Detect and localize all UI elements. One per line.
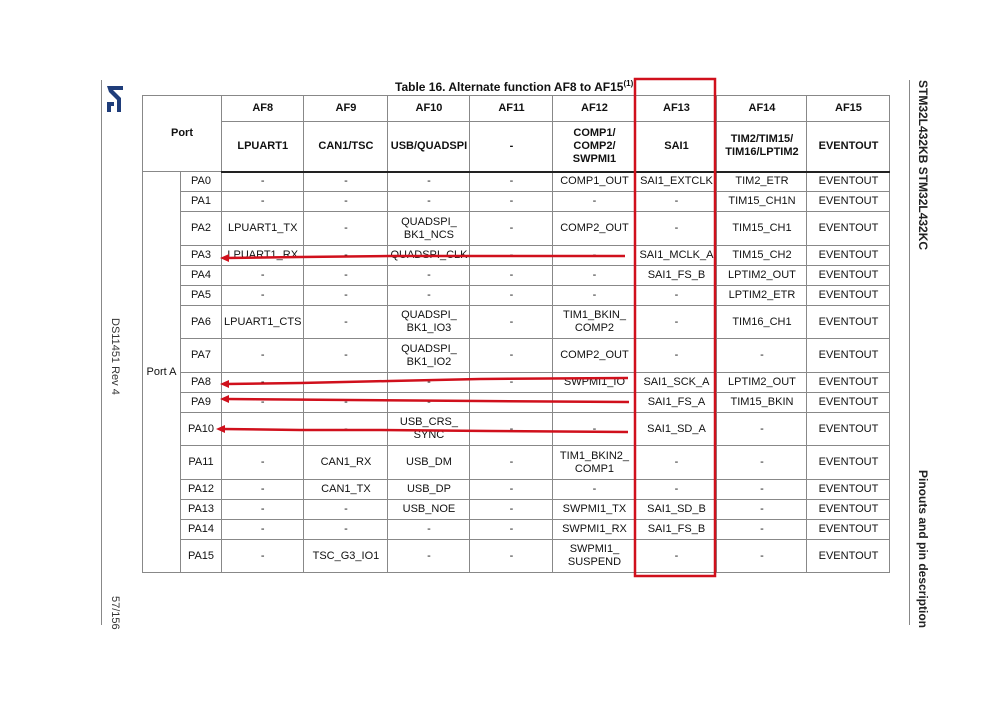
af-group-header-7: EVENTOUT [807,122,890,172]
af-cell: - [717,500,807,520]
pin-name: PA9 [181,393,222,413]
pin-name: PA2 [181,212,222,246]
table-row: PA13--USB_NOE-SWPMI1_TXSAI1_SD_B-EVENTOU… [143,500,890,520]
af-cell: - [304,339,388,373]
af-header-4: AF12 [553,96,636,122]
af-cell: - [388,520,470,540]
table-row: PA1------TIM15_CH1NEVENTOUT [143,192,890,212]
af-group-header-1: CAN1/TSC [304,122,388,172]
af-cell: - [717,446,807,480]
af-cell: - [553,413,636,446]
af-cell: - [304,286,388,306]
af-cell: SWPMI1_SUSPEND [553,540,636,573]
af-group-header-3: - [470,122,553,172]
pin-name: PA4 [181,266,222,286]
port-header: Port [143,96,222,172]
af-cell: LPUART1_RX [222,246,304,266]
left-margin-rule [101,80,102,625]
af-cell: EVENTOUT [807,266,890,286]
af-cell: - [388,192,470,212]
st-logo-icon [104,84,126,114]
af-group-header-4: COMP1/COMP2/SWPMI1 [553,122,636,172]
af-cell: LPTIM2_OUT [717,373,807,393]
af-cell: - [470,246,553,266]
af-cell: LPUART1_CTS [222,306,304,339]
af-cell: COMP2_OUT [553,212,636,246]
af-cell: - [222,373,304,393]
pin-name: PA7 [181,339,222,373]
pin-name: PA5 [181,286,222,306]
af-cell: - [388,172,470,192]
table-row: PA5------LPTIM2_ETREVENTOUT [143,286,890,306]
af-cell: CAN1_TX [304,480,388,500]
af-cell: - [470,172,553,192]
table-row: Port APA0----COMP1_OUTSAI1_EXTCLKTIM2_ET… [143,172,890,192]
af-cell: SAI1_MCLK_A [636,246,717,266]
table-row: PA8----SWPMI1_IOSAI1_SCK_ALPTIM2_OUTEVEN… [143,373,890,393]
pin-name: PA14 [181,520,222,540]
af-cell: - [553,393,636,413]
af-cell: SAI1_EXTCLK [636,172,717,192]
af-cell: TIM1_BKIN2_COMP1 [553,446,636,480]
af-cell: - [636,540,717,573]
af-cell: - [304,246,388,266]
af-cell: EVENTOUT [807,172,890,192]
af-cell: - [304,413,388,446]
table-row: PA9-----SAI1_FS_ATIM15_BKINEVENTOUT [143,393,890,413]
table-row: PA10--USB_CRS_SYNC--SAI1_SD_A-EVENTOUT [143,413,890,446]
af-cell: - [304,172,388,192]
af-cell: - [636,446,717,480]
af-cell: - [304,500,388,520]
table-row: PA3LPUART1_RX-QUADSPI_CLK--SAI1_MCLK_ATI… [143,246,890,266]
af-cell: TIM2_ETR [717,172,807,192]
page-number: 57/156 [109,596,121,630]
af-cell: - [388,540,470,573]
af-header-7: AF15 [807,96,890,122]
af-cell: - [222,192,304,212]
af-cell: - [388,266,470,286]
af-cell: - [304,266,388,286]
table-title: Table 16. Alternate function AF8 to AF15… [395,79,633,94]
af-cell: EVENTOUT [807,393,890,413]
af-cell: TIM15_CH1 [717,212,807,246]
af-cell: EVENTOUT [807,373,890,393]
af-header-0: AF8 [222,96,304,122]
af-cell: SAI1_SCK_A [636,373,717,393]
af-header-1: AF9 [304,96,388,122]
table-row: PA7--QUADSPI_BK1_IO2-COMP2_OUT--EVENTOUT [143,339,890,373]
datasheet-page: DS11451 Rev 4 57/156 STM32L432KB STM32L4… [0,0,999,706]
af-cell: LPUART1_TX [222,212,304,246]
af-cell: - [470,339,553,373]
pin-name: PA0 [181,172,222,192]
pin-name: PA12 [181,480,222,500]
af-cell: - [222,520,304,540]
af-cell: - [717,520,807,540]
af-cell: - [222,339,304,373]
af-cell: TIM16_CH1 [717,306,807,339]
af-cell: - [717,540,807,573]
af-cell: - [553,480,636,500]
af-cell: - [553,266,636,286]
table-row: PA14----SWPMI1_RXSAI1_FS_B-EVENTOUT [143,520,890,540]
alternate-function-table: Port AF8AF9AF10AF11AF12AF13AF14AF15 LPUA… [142,95,890,573]
af-cell: - [304,192,388,212]
af-cell: - [717,413,807,446]
af-cell: USB_NOE [388,500,470,520]
pin-name: PA15 [181,540,222,573]
af-cell: QUADSPI_BK1_IO3 [388,306,470,339]
pin-name: PA1 [181,192,222,212]
af-group-header-6: TIM2/TIM15/TIM16/LPTIM2 [717,122,807,172]
af-cell: - [222,413,304,446]
af-cell: - [470,393,553,413]
af-cell: TIM1_BKIN_COMP2 [553,306,636,339]
af-cell: SAI1_FS_B [636,266,717,286]
af-cell: - [717,480,807,500]
af-cell: - [470,306,553,339]
af-cell: - [222,393,304,413]
table-footnote-ref: (1) [623,79,633,88]
af-cell: - [470,480,553,500]
af-cell: - [304,212,388,246]
af-cell: USB_DM [388,446,470,480]
af-cell: USB_DP [388,480,470,500]
af-cell: - [222,500,304,520]
af-cell: COMP1_OUT [553,172,636,192]
af-cell: - [470,540,553,573]
af-cell: - [470,500,553,520]
af-cell: EVENTOUT [807,500,890,520]
af-cell: SAI1_FS_B [636,520,717,540]
af-cell: - [388,393,470,413]
af-cell: EVENTOUT [807,413,890,446]
af-cell: EVENTOUT [807,212,890,246]
af-cell: - [470,520,553,540]
af-cell: EVENTOUT [807,339,890,373]
af-cell: TIM15_CH1N [717,192,807,212]
af-cell: - [470,446,553,480]
af-group-header-2: USB/QUADSPI [388,122,470,172]
af-cell: - [470,373,553,393]
af-cell: - [304,520,388,540]
af-cell: - [717,339,807,373]
af-cell: - [388,373,470,393]
table-row: PA6LPUART1_CTS-QUADSPI_BK1_IO3-TIM1_BKIN… [143,306,890,339]
pin-name: PA3 [181,246,222,266]
af-cell: - [304,373,388,393]
af-cell: - [553,192,636,212]
af-cell: - [222,446,304,480]
af-cell: - [304,393,388,413]
pin-name: PA10 [181,413,222,446]
af-header-3: AF11 [470,96,553,122]
document-id: DS11451 Rev 4 [109,318,121,395]
af-cell: COMP2_OUT [553,339,636,373]
af-cell: - [470,413,553,446]
af-cell: QUADSPI_BK1_IO2 [388,339,470,373]
af-group-header-0: LPUART1 [222,122,304,172]
table-row: PA12-CAN1_TXUSB_DP----EVENTOUT [143,480,890,500]
pin-name: PA11 [181,446,222,480]
section-title: Pinouts and pin description [916,470,930,628]
af-cell: - [636,212,717,246]
af-cell: TIM15_BKIN [717,393,807,413]
table-row: PA11-CAN1_RXUSB_DM-TIM1_BKIN2_COMP1--EVE… [143,446,890,480]
af-cell: - [470,266,553,286]
product-header: STM32L432KB STM32L432KC [916,80,930,250]
af-cell: - [222,540,304,573]
af-cell: - [222,266,304,286]
af-cell: LPTIM2_OUT [717,266,807,286]
af-cell: - [222,172,304,192]
af-cell: SAI1_SD_A [636,413,717,446]
af-cell: QUADSPI_BK1_NCS [388,212,470,246]
af-cell: SWPMI1_TX [553,500,636,520]
af-cell: - [304,306,388,339]
af-cell: SAI1_FS_A [636,393,717,413]
pin-name: PA6 [181,306,222,339]
table-row: PA15-TSC_G3_IO1--SWPMI1_SUSPEND--EVENTOU… [143,540,890,573]
af-cell: SAI1_SD_B [636,500,717,520]
af-header-2: AF10 [388,96,470,122]
af-cell: - [636,480,717,500]
af-cell: - [636,306,717,339]
af-cell: - [222,480,304,500]
af-cell: QUADSPI_CLK [388,246,470,266]
af-cell: EVENTOUT [807,520,890,540]
af-cell: EVENTOUT [807,306,890,339]
af-cell: - [553,246,636,266]
af-cell: - [636,339,717,373]
af-cell: LPTIM2_ETR [717,286,807,306]
table-title-text: Table 16. Alternate function AF8 to AF15 [395,80,623,94]
af-cell: USB_CRS_SYNC [388,413,470,446]
af-cell: - [553,286,636,306]
port-group-label: Port A [143,172,181,573]
af-cell: - [388,286,470,306]
af-cell: - [470,212,553,246]
af-cell: SWPMI1_RX [553,520,636,540]
pin-name: PA13 [181,500,222,520]
table-row: PA2LPUART1_TX-QUADSPI_BK1_NCS-COMP2_OUT-… [143,212,890,246]
af-cell: EVENTOUT [807,286,890,306]
af-cell: CAN1_RX [304,446,388,480]
af-cell: TSC_G3_IO1 [304,540,388,573]
af-cell: - [470,286,553,306]
right-margin-rule [909,80,910,625]
af-group-header-5: SAI1 [636,122,717,172]
af-cell: EVENTOUT [807,246,890,266]
af-header-5: AF13 [636,96,717,122]
af-cell: EVENTOUT [807,480,890,500]
af-cell: - [470,192,553,212]
pin-name: PA8 [181,373,222,393]
table-row: PA4-----SAI1_FS_BLPTIM2_OUTEVENTOUT [143,266,890,286]
af-cell: TIM15_CH2 [717,246,807,266]
af-cell: EVENTOUT [807,192,890,212]
af-cell: - [636,192,717,212]
af-cell: EVENTOUT [807,446,890,480]
af-cell: - [222,286,304,306]
af-cell: SWPMI1_IO [553,373,636,393]
af-cell: - [636,286,717,306]
af-cell: EVENTOUT [807,540,890,573]
af-header-6: AF14 [717,96,807,122]
